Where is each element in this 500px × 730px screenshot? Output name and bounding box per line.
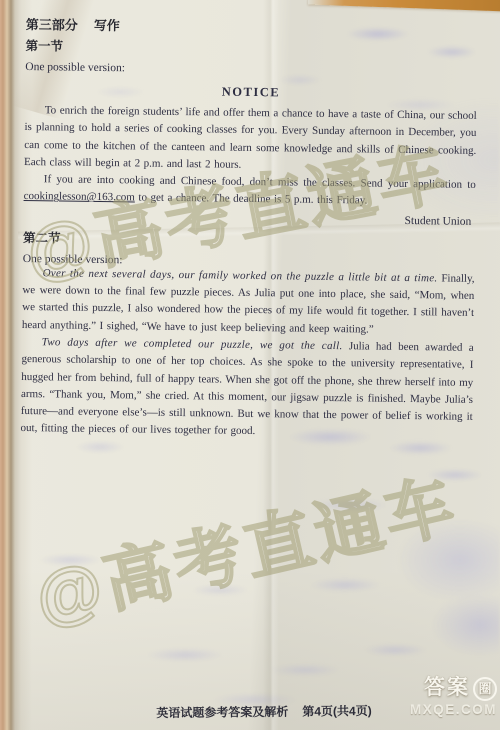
answer-site-logo: 答案圈 MXQE.COM bbox=[410, 671, 497, 717]
email-address: cookinglesson@163.com bbox=[24, 190, 135, 203]
logo-brand-prefix: 答案 bbox=[424, 676, 470, 699]
essay-paragraph-2-text: Julia had been awarded a generous schola… bbox=[20, 340, 473, 437]
essay-paragraph-2: Two days after we completed our puzzle, … bbox=[20, 334, 473, 444]
logo-brand-text: 答案圈 bbox=[410, 671, 497, 701]
notice-paragraph-1: To enrich the foreign students’ life and… bbox=[24, 102, 477, 177]
notice-paragraph-2-end: to get a chance. The deadline is 5 p.m. … bbox=[135, 192, 368, 207]
notice-paragraph-2: If you are into cooking and Chinese food… bbox=[23, 171, 475, 212]
part3-heading: 第三部分写作 bbox=[26, 14, 478, 39]
essay-paragraph-2-italic: Two days after we completed our puzzle, … bbox=[42, 336, 343, 352]
signature-student-union: Student Union bbox=[23, 210, 475, 228]
logo-domain: MXQE.COM bbox=[410, 702, 497, 717]
notice-paragraph-2-text: If you are into cooking and Chinese food… bbox=[44, 173, 476, 191]
adjacent-page-edge bbox=[308, 0, 500, 11]
section2-label: 第二节 bbox=[23, 228, 475, 252]
footer-page-number: 第4页(共4页) bbox=[302, 704, 371, 719]
watermark-gaokao-express-2: @高考直通车 bbox=[25, 449, 476, 642]
circled-quan-icon: 圈 bbox=[473, 677, 497, 701]
part3-label: 第三部分 bbox=[26, 17, 78, 33]
essay-paragraph-1-italic: Over the next several days, our family w… bbox=[43, 267, 438, 284]
answer-key-content: 第三部分写作 第一节 One possible version: NOTICE … bbox=[20, 14, 478, 444]
notice-title: NOTICE bbox=[25, 82, 477, 103]
essay-paragraph-1: Over the next several days, our family w… bbox=[22, 265, 475, 340]
scanned-answer-sheet: 第三部分写作 第一节 One possible version: NOTICE … bbox=[0, 0, 500, 730]
version-label-1: One possible version: bbox=[25, 61, 477, 79]
section1-label: 第一节 bbox=[25, 36, 477, 60]
footer-title: 英语试题参考答案及解析 bbox=[156, 705, 288, 720]
part3-title: 写作 bbox=[94, 18, 120, 33]
